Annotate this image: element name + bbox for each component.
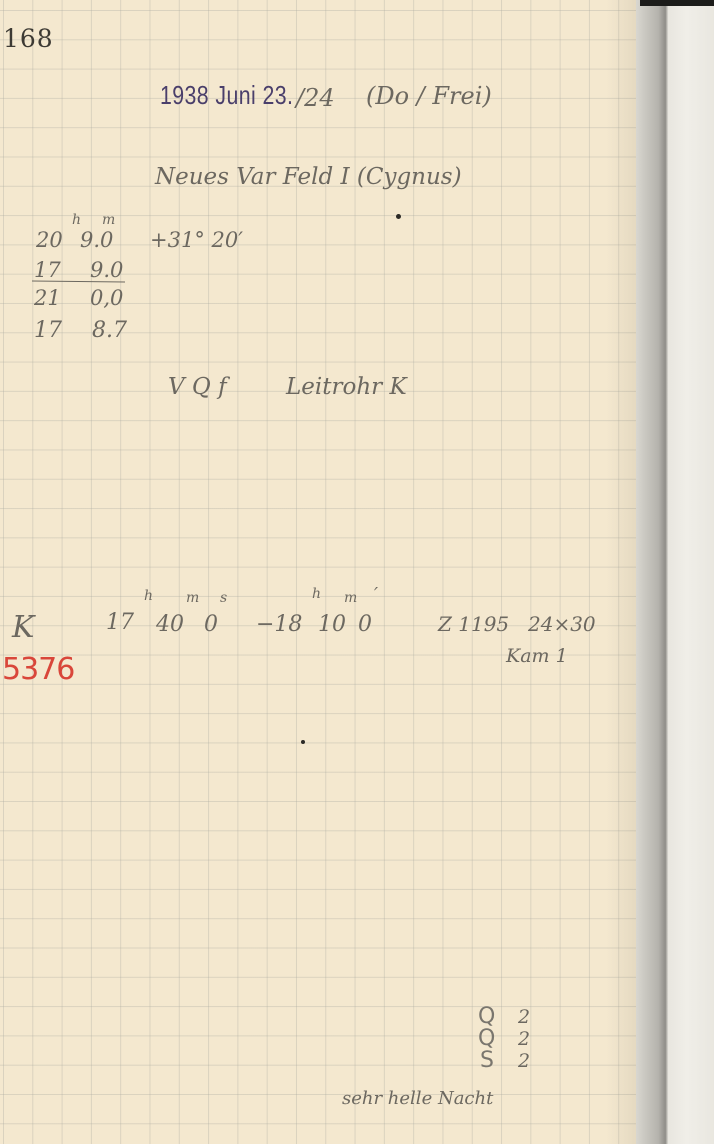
cover-top-shadow — [640, 0, 714, 6]
ra-minutes: 40 — [156, 612, 184, 637]
ra-hours: 17 — [106, 610, 134, 635]
notebook-cover-edge — [668, 0, 714, 1144]
condition-value-3: 2 — [518, 1050, 530, 1072]
coord-row-3-a: 21 — [34, 286, 61, 310]
dec-unit-m: m — [344, 590, 357, 606]
ra-unit-m: m — [186, 590, 199, 606]
note-leitrohr: Leitrohr K — [286, 374, 407, 400]
plate-size: 24×30 — [528, 612, 596, 636]
dec-degrees: −18 — [256, 612, 302, 637]
coord-row-1-dec: +31° 20′ — [150, 228, 243, 252]
notebook-spine — [636, 0, 668, 1144]
zone-number: Z 1195 — [438, 612, 509, 636]
coord-row-3-b: 0,0 — [90, 286, 123, 310]
page-number: 168 — [3, 24, 54, 53]
condition-value-2: 2 — [518, 1028, 530, 1050]
dec-unit-deg: h — [312, 586, 321, 602]
ink-dot — [396, 214, 401, 219]
entry-label-k: K — [12, 610, 34, 645]
date-suffix: /24 — [296, 84, 335, 112]
condition-value-1: 2 — [518, 1006, 530, 1028]
date-stamp: 1938 Juni 23. — [160, 80, 293, 111]
date-weekday-note: (Do / Frei) — [366, 82, 492, 110]
dec-seconds: 0 — [358, 612, 372, 637]
ra-unit-h: h — [144, 588, 153, 604]
sum-underline — [32, 281, 125, 283]
coord-row-4-a: 17 — [34, 318, 62, 343]
dec-unit-s: ′ — [374, 584, 378, 605]
unit-m-label: m — [102, 212, 115, 228]
note-vqf: V Q f — [168, 374, 227, 400]
camera-label: Kam 1 — [506, 645, 568, 667]
unit-h-label: h — [72, 212, 81, 228]
ra-seconds: 0 — [204, 612, 218, 637]
dec-minutes: 10 — [318, 612, 346, 637]
ink-dot — [301, 740, 305, 744]
ra-unit-s: s — [220, 590, 227, 606]
plate-number-red: 5376 — [2, 652, 74, 687]
coord-row-1-b: 9.0 — [80, 228, 113, 252]
remark-bright-night: sehr helle Nacht — [342, 1088, 493, 1109]
coord-row-1-a: 20 — [36, 228, 63, 252]
notebook-page: 168 1938 Juni 23. /24 (Do / Frei) Neues … — [0, 0, 636, 1144]
field-title: Neues Var Feld I (Cygnus) — [155, 164, 462, 190]
coord-row-2-a: 17 — [34, 258, 61, 282]
coord-row-4-b: 8.7 — [92, 318, 127, 343]
condition-symbol-3: S — [480, 1048, 494, 1073]
coord-row-2-b: 9.0 — [90, 258, 123, 282]
